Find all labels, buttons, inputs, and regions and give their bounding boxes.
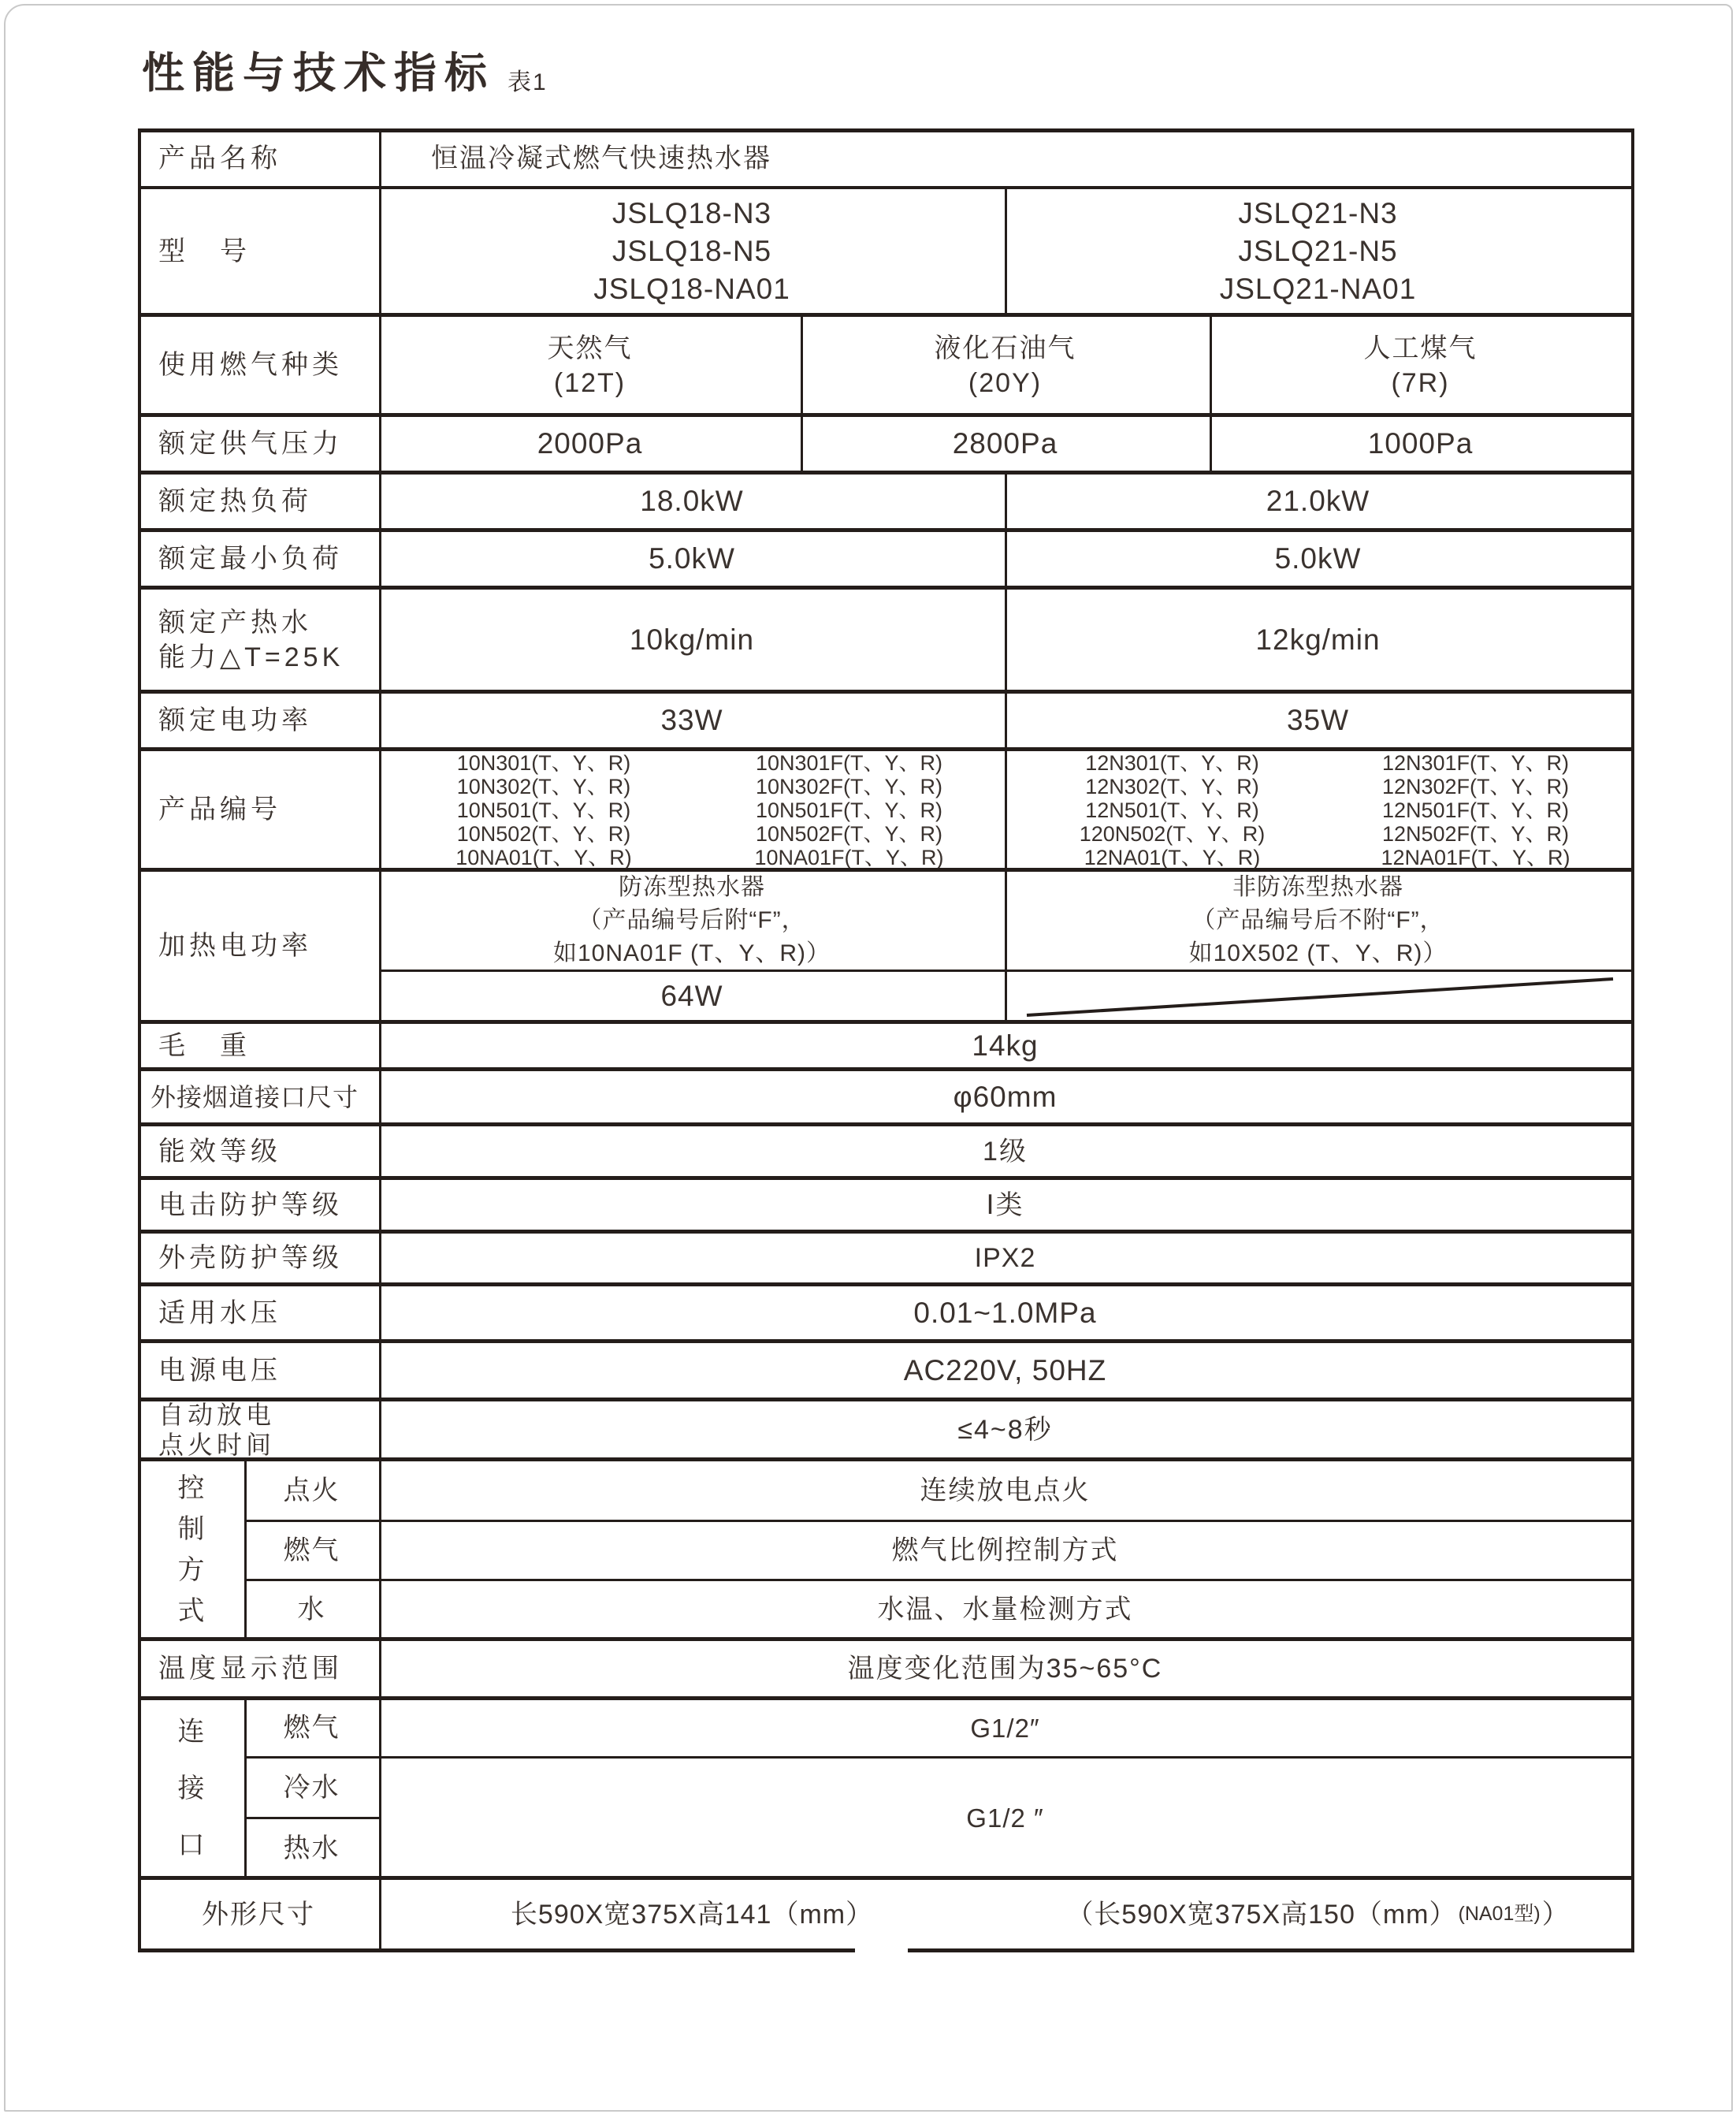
row-line: [138, 747, 1631, 751]
dimensions-21-main: （长590X宽375X高150（mm）: [1066, 1898, 1456, 1932]
row-line: [138, 186, 1631, 189]
connection-cold-label: 冷水: [244, 1758, 379, 1818]
row-label-energy-efficiency: 能效等级: [138, 1125, 400, 1178]
connection-gas-label: 燃气: [244, 1699, 379, 1758]
row-line: [138, 1457, 1631, 1461]
row-label-enclosure-protection: 外壳防护等级: [138, 1232, 400, 1285]
gas-type-lpg: 液化石油气 (20Y): [801, 315, 1210, 415]
control-gas-value: 燃气比例控制方式: [379, 1521, 1631, 1580]
product-codes-21b: 12N301F(T、Y、R) 12N302F(T、Y、R) 12N501F(T、…: [1324, 750, 1627, 870]
row-line: [138, 313, 1631, 317]
rated-power-18: 33W: [379, 692, 1005, 750]
temp-range-value: 温度变化范围为35~65°C: [379, 1639, 1631, 1699]
row-label-connection: 连 接 口: [138, 1699, 244, 1878]
ignition-time-value: ≤4~8秒: [379, 1400, 1631, 1460]
row-line: [138, 528, 1631, 532]
min-load-21: 5.0kW: [1005, 530, 1631, 588]
row-line: [138, 1176, 1631, 1180]
supply-pressure-lpg: 2800Pa: [801, 415, 1210, 473]
row-label-rated-power: 额定电功率: [138, 692, 400, 750]
table-border-left: [138, 128, 141, 1952]
row-line: [138, 413, 1631, 417]
enclosure-protection-value: IPX2: [379, 1232, 1631, 1285]
table-number-note: 表1: [507, 62, 548, 100]
supply-pressure-coal: 1000Pa: [1210, 415, 1631, 473]
connection-hot-label: 热水: [244, 1818, 379, 1878]
row-line: [138, 690, 1631, 694]
not-applicable-slash: [1005, 971, 1631, 1022]
row-line: [138, 1067, 1631, 1071]
model-18-value: JSLQ18-N3 JSLQ18-N5 JSLQ18-NA01: [379, 188, 1005, 315]
power-supply-value: AC220V, 50HZ: [379, 1342, 1631, 1400]
row-label-power-supply: 电源电压: [138, 1342, 400, 1400]
supply-pressure-natural: 2000Pa: [379, 415, 801, 473]
product-codes-18a: 10N301(T、Y、R) 10N302(T、Y、R) 10N501(T、Y、R…: [398, 750, 690, 870]
connection-sublabel-column-line: [244, 1699, 247, 1878]
control-row-line: [244, 1579, 1631, 1581]
hot-water-21: 12kg/min: [1005, 588, 1631, 692]
spec-sheet-page: 性能与技术指标 表1 产品名称 恒温冷凝式燃气快速热水器 型 号 JSLQ18-…: [0, 0, 1736, 2114]
row-line: [138, 1339, 1631, 1343]
control-ignition-value: 连续放电点火: [379, 1460, 1631, 1521]
row-label-water-pressure: 适用水压: [138, 1285, 400, 1342]
shock-protection-value: Ⅰ类: [379, 1178, 1631, 1232]
row-label-temp-range: 温度显示范围: [138, 1639, 400, 1699]
label-column-line: [379, 128, 381, 1952]
model-21-value: JSLQ21-N3 JSLQ21-N5 JSLQ21-NA01: [1005, 188, 1631, 315]
connection-cold-hot-value: G1/2 ″: [379, 1758, 1631, 1878]
gas-column-line-1: [801, 315, 803, 473]
dimensions-18-value: 长590X宽375X高141（mm）: [379, 1878, 1005, 1951]
rated-power-21: 35W: [1005, 692, 1631, 750]
row-line: [138, 1696, 1631, 1700]
row-line: [138, 1637, 1631, 1641]
min-load-18: 5.0kW: [379, 530, 1005, 588]
control-gas-label: 燃气: [244, 1521, 379, 1580]
product-codes-18b: 10N301F(T、Y、R) 10N302F(T、Y、R) 10N501F(T、…: [697, 750, 1001, 870]
hot-water-18: 10kg/min: [379, 588, 1005, 692]
dimensions-21-value: （长590X宽375X高150（mm） (NA01型) ）: [1005, 1878, 1631, 1951]
row-label-control-mode: 控 制 方 式: [138, 1460, 244, 1639]
row-label-product-name: 产品名称: [138, 130, 400, 188]
row-label-model: 型 号: [138, 188, 400, 315]
page-title: 性能与技术指标 表1: [142, 39, 548, 100]
row-line: [138, 1398, 1631, 1401]
row-label-gross-weight: 毛 重: [138, 1022, 400, 1070]
table-border-bottom-left: [138, 1948, 855, 1952]
gross-weight-value: 14kg: [379, 1022, 1631, 1070]
gas-column-line-2: [1210, 315, 1212, 473]
row-line: [138, 1122, 1631, 1126]
row-line: [138, 1020, 1631, 1024]
control-ignition-label: 点火: [244, 1460, 379, 1521]
row-label-min-load: 额定最小负荷: [138, 530, 400, 588]
row-label-flue-size: 外接烟道接口尺寸: [138, 1070, 392, 1125]
product-name-value: 恒温冷凝式燃气快速热水器: [379, 130, 983, 188]
row-line: [138, 1876, 1631, 1880]
table-border-right: [1631, 128, 1634, 1952]
dimensions-21-note: (NA01型): [1459, 1902, 1541, 1926]
dimensions-21-close: ）: [1542, 1898, 1570, 1932]
flue-size-value: φ60mm: [379, 1070, 1631, 1125]
row-label-gas-type: 使用燃气种类: [138, 315, 400, 415]
row-label-ignition-time: 自动放电 点火时间: [138, 1400, 400, 1460]
heating-power-frost-value: 64W: [379, 971, 1005, 1022]
heating-power-frost-desc: 防冻型热水器 （产品编号后附“F”， 如10NA01F (T、Y、R)）: [379, 870, 1005, 971]
connection-subrow-line: [244, 1817, 379, 1819]
row-label-product-codes: 产品编号: [138, 750, 400, 870]
water-pressure-value: 0.01~1.0MPa: [379, 1285, 1631, 1342]
row-label-heat-load: 额定热负荷: [138, 473, 400, 530]
table-border-top: [138, 128, 1634, 132]
row-label-dimensions: 外形尺寸: [138, 1878, 379, 1951]
control-row-line: [244, 1520, 1631, 1522]
connection-gas-value: G1/2″: [379, 1699, 1631, 1758]
gas-type-natural: 天然气 (12T): [379, 315, 801, 415]
row-line: [138, 1282, 1631, 1286]
control-sublabel-column-line: [244, 1460, 247, 1639]
row-line: [138, 586, 1631, 590]
row-label-supply-pressure: 额定供气压力: [138, 415, 400, 473]
heat-load-21: 21.0kW: [1005, 473, 1631, 530]
energy-efficiency-value: 1级: [379, 1125, 1631, 1178]
half-column-line-mid: [1005, 473, 1007, 1022]
row-line: [138, 471, 1631, 475]
page-title-text: 性能与技术指标: [142, 39, 495, 100]
heating-power-nonfrost-desc: 非防冻型热水器 （产品编号后不附“F”， 如10X502 (T、Y、R)）: [1005, 870, 1631, 971]
control-water-label: 水: [244, 1580, 379, 1639]
row-label-hot-water-capacity: 额定产热水 能力△T=25K: [138, 588, 400, 692]
heat-load-18: 18.0kW: [379, 473, 1005, 530]
control-water-value: 水温、水量检测方式: [379, 1580, 1631, 1639]
gas-type-coal: 人工煤气 (7R): [1210, 315, 1631, 415]
table-border-bottom-right: [908, 1948, 1634, 1952]
product-codes-21a: 12N301(T、Y、R) 12N302(T、Y、R) 12N501(T、Y、R…: [1024, 750, 1320, 870]
row-label-heating-power: 加热电功率: [138, 870, 400, 1022]
row-line: [138, 868, 1631, 872]
connection-row-line: [244, 1756, 1631, 1759]
row-label-shock-protection: 电击防护等级: [138, 1178, 400, 1232]
row-line: [138, 1230, 1631, 1234]
half-column-line-top: [1005, 188, 1007, 315]
